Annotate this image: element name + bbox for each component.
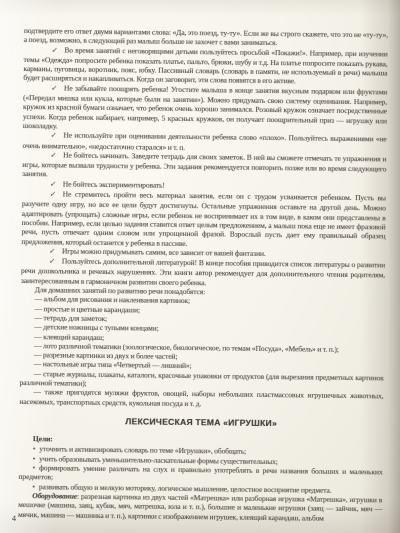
supply-item: — также пригодятся муляжи фруктов, овоще… (19, 387, 383, 410)
goal-text: формировать умение различать на слух и п… (18, 463, 382, 481)
check-mark-icon: ✓ (37, 46, 58, 56)
check-mark-icon: ✓ (35, 190, 56, 200)
tip-text: Не забывайте поощрять ребенка! Угостите … (23, 83, 388, 130)
scanned-page: подтвердите его ответ двумя вариантами с… (0, 0, 400, 533)
tip-text: Не стремитесь пройти весь материал занят… (21, 190, 386, 248)
tip-item: ✓Не бойтесь начинать. Заведите тетрадь д… (22, 150, 386, 183)
bullet-icon: • (33, 463, 36, 472)
page-number: 4 (12, 514, 16, 523)
tip-item: ✓Во время занятий с неговорящими детьми … (23, 45, 387, 88)
tip-text: Не бойтесь начинать. Заведите тетрадь дл… (22, 150, 386, 178)
section-heading: ЛЕКСИЧЕСКАЯ ТЕМА «ИГРУШКИ» (19, 416, 383, 430)
check-mark-icon: ✓ (36, 151, 57, 161)
check-mark-icon: ✓ (35, 180, 56, 190)
tip-text: Во время занятий с неговорящими детьми п… (23, 45, 387, 86)
bullet-icon: • (33, 445, 36, 454)
page-content: подтвердите его ответ двумя вариантами с… (18, 26, 388, 523)
tip-item: ✓Не забывайте поощрять ребенка! Угостите… (23, 83, 388, 135)
check-mark-icon: ✓ (35, 247, 56, 257)
bullet-icon: • (32, 482, 35, 491)
equipment-label: Оборудование (32, 491, 77, 501)
tip-text: Не бойтесь экспериментировать! (63, 179, 165, 189)
tip-text: Не используйте при оценивании деятельнос… (22, 131, 386, 152)
tip-text: Пользуйтесь дополнительной литературой! … (21, 257, 385, 287)
check-mark-icon: ✓ (36, 131, 57, 141)
check-mark-icon: ✓ (37, 84, 58, 94)
tip-item: ✓Не стремитесь пройти весь материал заня… (21, 189, 386, 250)
bullet-icon: • (33, 454, 36, 463)
equipment-paragraph: Оборудование: разрезная картинка из двух… (18, 491, 382, 523)
check-mark-icon: ✓ (34, 257, 55, 267)
tip-item: ✓Пользуйтесь дополнительной литературой!… (21, 256, 385, 289)
